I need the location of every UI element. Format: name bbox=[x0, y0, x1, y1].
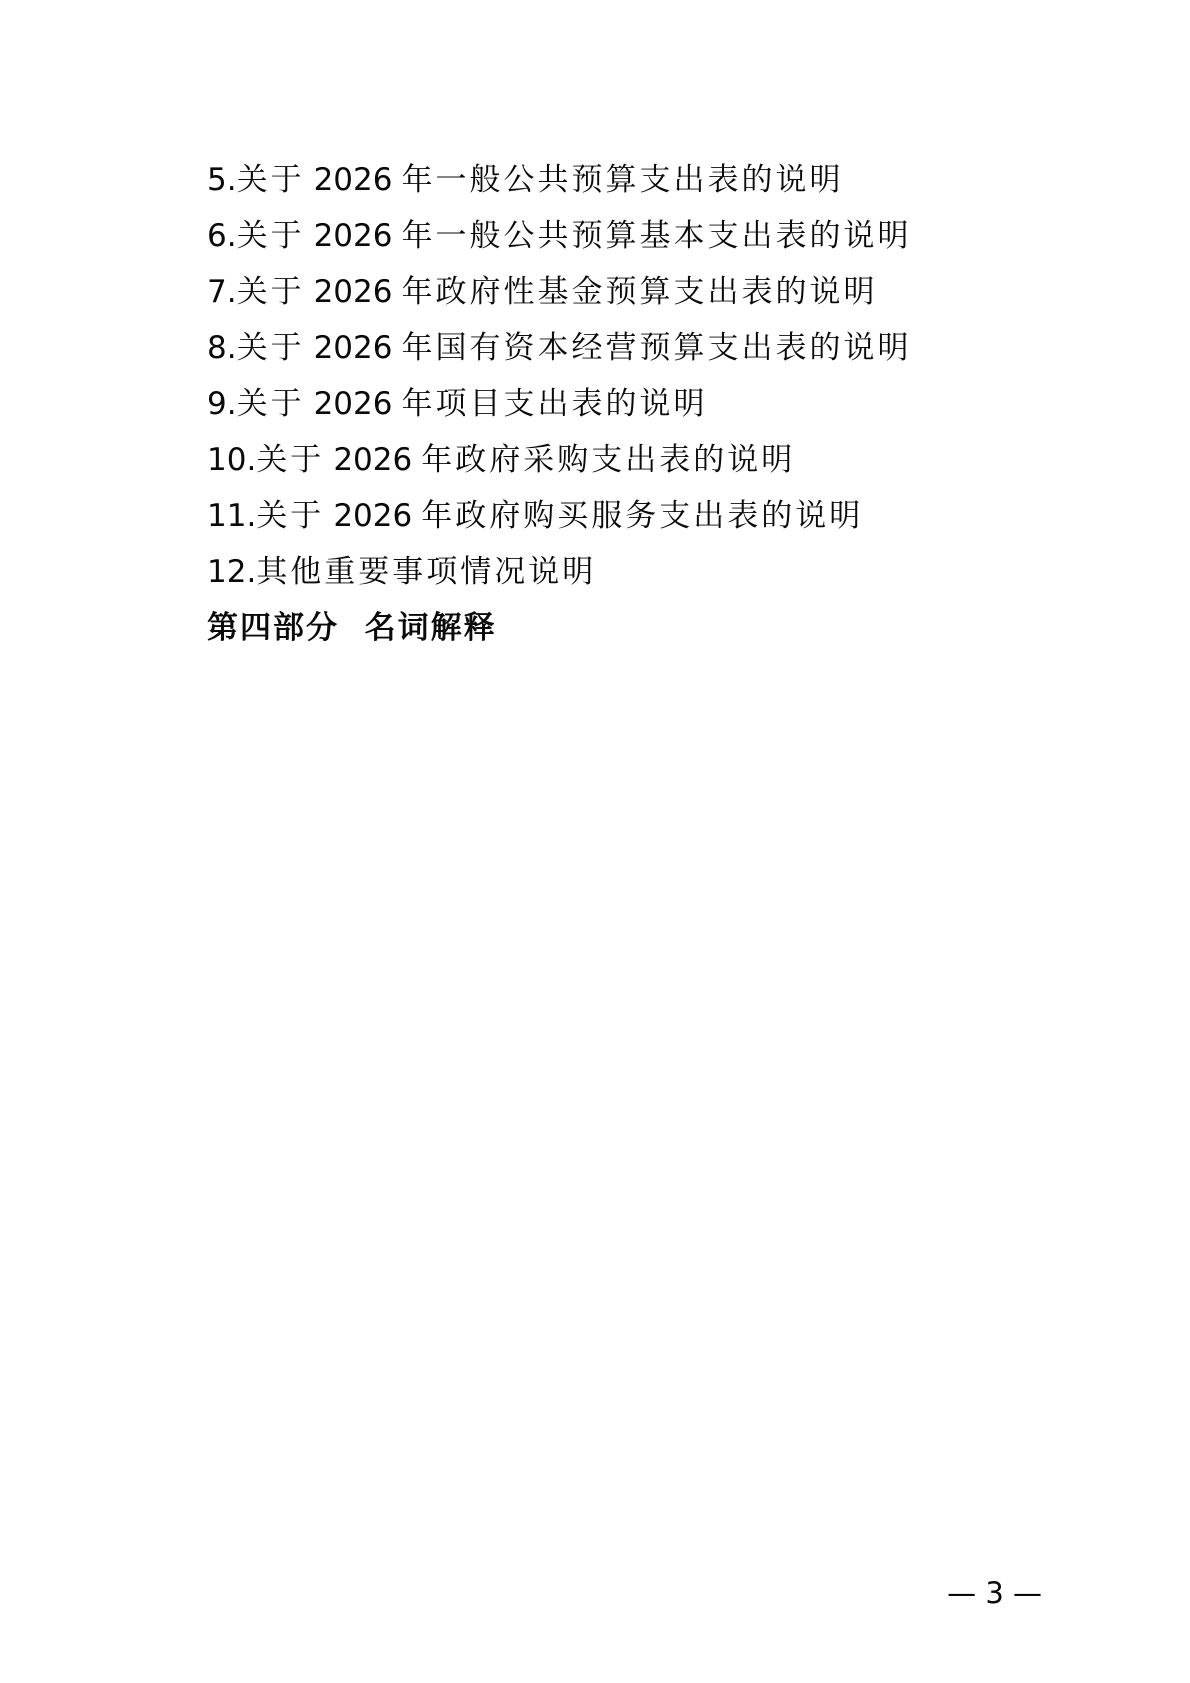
item-text-pre: 关于 bbox=[237, 274, 305, 309]
item-text-post: 年一般公共预算基本支出表的说明 bbox=[401, 218, 911, 253]
item-year: 2026 bbox=[314, 218, 393, 254]
item-text-pre: 其他重要事项情况说明 bbox=[256, 554, 596, 589]
item-year: 2026 bbox=[314, 330, 393, 366]
item-text-pre: 关于 bbox=[237, 162, 305, 197]
item-text-post: 年国有资本经营预算支出表的说明 bbox=[401, 330, 911, 365]
toc-item-12: 12.其他重要事项情况说明 bbox=[207, 544, 911, 600]
item-text-pre: 关于 bbox=[237, 386, 305, 421]
page-number: — 3 — bbox=[947, 1576, 1042, 1610]
item-text-pre: 关于 bbox=[256, 498, 324, 533]
document-page: 5.关于2026年一般公共预算支出表的说明 6.关于2026年一般公共预算基本支… bbox=[0, 0, 1190, 1683]
item-year: 2026 bbox=[333, 498, 412, 534]
item-text-post: 年项目支出表的说明 bbox=[401, 386, 707, 421]
item-number: 9. bbox=[207, 386, 237, 422]
item-text-post: 年一般公共预算支出表的说明 bbox=[401, 162, 843, 197]
toc-item-6: 6.关于2026年一般公共预算基本支出表的说明 bbox=[207, 208, 911, 264]
toc-item-8: 8.关于2026年国有资本经营预算支出表的说明 bbox=[207, 320, 911, 376]
item-number: 12. bbox=[207, 554, 256, 590]
toc-list: 5.关于2026年一般公共预算支出表的说明 6.关于2026年一般公共预算基本支… bbox=[207, 152, 911, 656]
item-number: 6. bbox=[207, 218, 237, 254]
item-year: 2026 bbox=[314, 386, 393, 422]
toc-item-11: 11.关于2026年政府购买服务支出表的说明 bbox=[207, 488, 911, 544]
item-year: 2026 bbox=[314, 162, 393, 198]
toc-item-10: 10.关于2026年政府采购支出表的说明 bbox=[207, 432, 911, 488]
item-number: 5. bbox=[207, 162, 237, 198]
toc-item-9: 9.关于2026年项目支出表的说明 bbox=[207, 376, 911, 432]
item-text-pre: 关于 bbox=[237, 330, 305, 365]
item-number: 7. bbox=[207, 274, 237, 310]
item-number: 8. bbox=[207, 330, 237, 366]
item-year: 2026 bbox=[314, 274, 393, 310]
item-number: 11. bbox=[207, 498, 256, 534]
item-number: 10. bbox=[207, 442, 256, 478]
toc-item-7: 7.关于2026年政府性基金预算支出表的说明 bbox=[207, 264, 911, 320]
item-year: 2026 bbox=[333, 442, 412, 478]
section-heading: 第四部分 名词解释 bbox=[207, 600, 911, 656]
item-text-pre: 关于 bbox=[256, 442, 324, 477]
item-text-post: 年政府购买服务支出表的说明 bbox=[421, 498, 863, 533]
item-text-post: 年政府性基金预算支出表的说明 bbox=[401, 274, 877, 309]
toc-item-5: 5.关于2026年一般公共预算支出表的说明 bbox=[207, 152, 911, 208]
item-text-post: 年政府采购支出表的说明 bbox=[421, 442, 795, 477]
item-text-pre: 关于 bbox=[237, 218, 305, 253]
